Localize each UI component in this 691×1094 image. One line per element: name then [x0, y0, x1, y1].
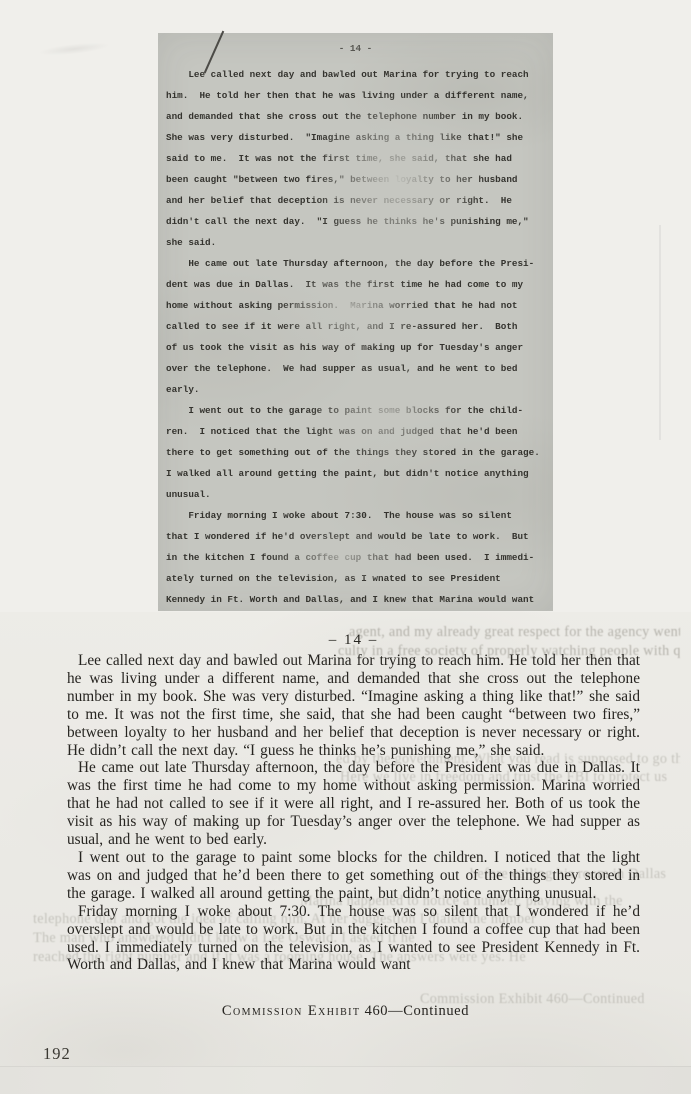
exhibit-caption: Commission Exhibit 460—Continued — [0, 1003, 691, 1020]
printed-paragraph: Friday morning I woke about 7:30. The ho… — [67, 903, 640, 975]
exhibit-caption-rest: 460—Continued — [360, 1003, 469, 1019]
typed-page-number: - 14 - — [158, 42, 553, 56]
scanned-document-page: agent, and my already great respect for … — [0, 0, 691, 1094]
printed-paragraph: I went out to the garage to paint some b… — [67, 849, 640, 903]
scan-edge-line — [659, 225, 661, 440]
printed-transcription: – 14 – Lee called next day and bawled ou… — [67, 632, 640, 974]
typed-photostat: - 14 - Lee called next day and bawled ou… — [158, 33, 553, 611]
printed-paragraph: He came out late Thursday afternoon, the… — [67, 759, 640, 849]
page-number: 192 — [43, 1044, 71, 1064]
scan-bottom-band — [0, 1066, 691, 1094]
printed-page-number: – 14 – — [67, 632, 640, 648]
exhibit-caption-smallcaps: Commission Exhibit — [222, 1003, 360, 1019]
printed-paragraph: Lee called next day and bawled out Marin… — [67, 652, 640, 759]
scan-smudge-mark — [38, 40, 111, 57]
typed-text: Lee called next day and bawled out Marin… — [166, 64, 548, 612]
